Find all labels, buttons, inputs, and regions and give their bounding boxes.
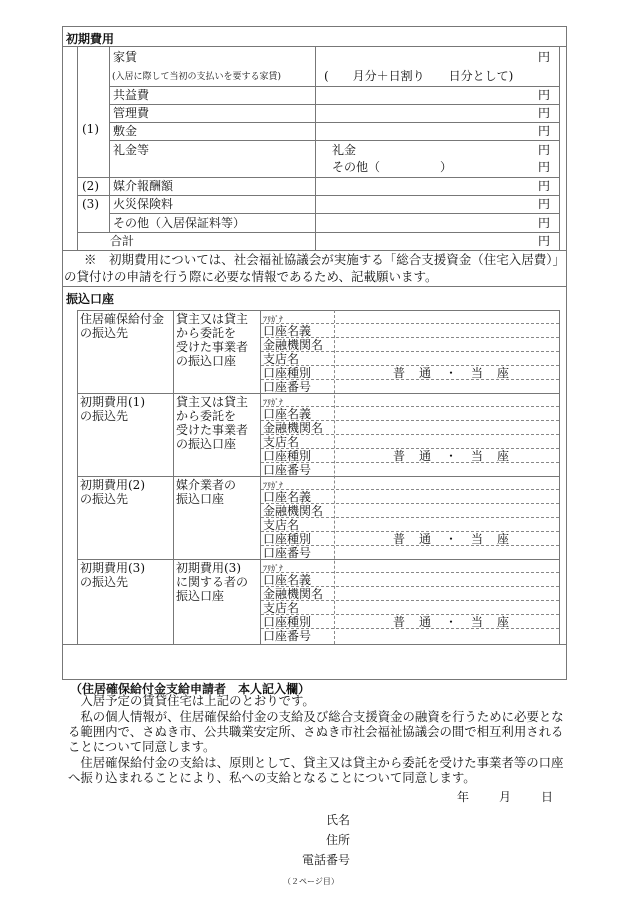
unit-yen: 円 (532, 106, 550, 120)
holder-label-landlord: 貸主又は貸主 から委託を 受けた事業者 の振込口座 (176, 395, 248, 451)
field-label-account-type: 口座種別 (263, 532, 311, 546)
row-label-common-fee: 共益費 (113, 88, 149, 102)
field-label-bank-name: 金融機関名 (263, 421, 323, 435)
unit-yen: 円 (532, 50, 550, 64)
common-fee-field[interactable] (316, 87, 528, 103)
unit-yen: 円 (532, 234, 550, 248)
row-sublabel-rent: (入居に際して当初の支払いを要する家賃) (112, 70, 281, 84)
divider (260, 310, 261, 644)
name-field[interactable] (356, 808, 556, 826)
group-label-3: (3) (82, 197, 99, 211)
holder-label-cost3-party: 初期費用(3) に関する者の 振込口座 (176, 561, 248, 603)
row-label-other-costs: その他（入居保証料等） (113, 216, 245, 230)
divider (62, 644, 567, 645)
date-field[interactable]: 年 月 日 (457, 788, 555, 805)
field-label-account-number: 口座番号 (263, 380, 311, 394)
unit-yen: 円 (532, 160, 550, 174)
divider (62, 286, 567, 287)
unit-yen: 円 (532, 88, 550, 102)
field-label-bank-name: 金融機関名 (263, 504, 323, 518)
field-label-branch-name: 支店名 (263, 518, 299, 532)
field-label-bank-name: 金融機関名 (263, 338, 323, 352)
row-label-deposit: 敷金 (113, 124, 137, 138)
divider (334, 310, 335, 644)
divider (173, 310, 174, 644)
destination-label-housing-benefit: 住居確保給付金 の振込先 (80, 312, 164, 340)
group-label-1: (1) (82, 122, 99, 136)
field-label-account-type: 口座種別 (263, 615, 311, 629)
row-label-total: 合計 (110, 234, 134, 248)
row-label-brokerage: 媒介報酬額 (113, 179, 173, 193)
unit-yen: 円 (532, 216, 550, 230)
account-input-area-initial-cost-2[interactable] (336, 477, 558, 559)
brokerage-field[interactable] (316, 178, 528, 194)
declaration-paragraph-2: 私の個人情報が、住居確保給付金の支給及び総合支援資金の融資を行うために必要となる… (68, 709, 568, 754)
field-label-account-name: 口座名義 (263, 573, 311, 587)
declaration-paragraph-1: 入居予定の賃貸住宅は上記のとおりです。 (68, 693, 568, 708)
account-input-area-initial-cost-3[interactable] (336, 560, 558, 643)
field-label-account-name: 口座名義 (263, 490, 311, 504)
rent-amount-field[interactable] (316, 47, 528, 66)
destination-label-initial-cost-2: 初期費用(2) の振込先 (80, 478, 145, 506)
fire-insurance-field[interactable] (316, 196, 528, 212)
key-money-field[interactable] (370, 141, 528, 157)
address-field[interactable] (356, 828, 556, 846)
field-label-branch-name: 支店名 (263, 352, 299, 366)
key-money-label: 礼金 (332, 143, 356, 157)
field-label-account-name: 口座名義 (263, 407, 311, 421)
row-label-management-fee: 管理費 (113, 106, 149, 120)
key-money-other-field[interactable] (470, 158, 528, 174)
phone-label: 電話番号 (290, 851, 350, 868)
declaration-paragraph-3: 住居確保給付金の支給は、原則として、貸主又は貸主から委託を受けた事業者等の口座へ… (68, 755, 568, 785)
destination-label-initial-cost-3: 初期費用(3) の振込先 (80, 561, 145, 589)
holder-label-landlord: 貸主又は貸主 から委託を 受けた事業者 の振込口座 (176, 312, 248, 368)
address-label: 住所 (322, 831, 350, 848)
section-title-transfer-accounts: 振込口座 (66, 290, 114, 307)
deposit-field[interactable] (316, 123, 528, 139)
account-input-area-housing-benefit[interactable] (336, 311, 558, 393)
account-input-area-initial-cost-1[interactable] (336, 394, 558, 476)
other-costs-field[interactable] (316, 214, 528, 231)
field-label-bank-name: 金融機関名 (263, 587, 323, 601)
divider (559, 46, 560, 250)
field-label-account-number: 口座番号 (263, 629, 311, 643)
unit-yen: 円 (532, 143, 550, 157)
key-money-other-label: その他（ ） (332, 160, 452, 174)
row-label-key-money: 礼金等 (113, 143, 149, 157)
rent-period-note: ( 月分＋日割り 日分として) (324, 69, 548, 83)
unit-yen: 円 (532, 197, 550, 211)
row-label-rent: 家賃 (113, 50, 137, 64)
holder-label-broker: 媒介業者の 振込口座 (176, 478, 236, 506)
row-label-fire-insurance: 火災保険料 (113, 197, 173, 211)
initial-costs-note: ※ 初期費用については、社会福祉協議会が実施する「総合支援資金（住宅入居費）」の… (64, 251, 564, 285)
unit-yen: 円 (532, 124, 550, 138)
field-label-branch-name: 支店名 (263, 435, 299, 449)
field-label-account-type: 口座種別 (263, 366, 311, 380)
section-title-initial-costs: 初期費用 (66, 30, 114, 47)
management-fee-field[interactable] (316, 105, 528, 121)
divider (77, 46, 78, 250)
field-label-branch-name: 支店名 (263, 601, 299, 615)
divider (109, 46, 110, 232)
field-label-account-number: 口座番号 (263, 546, 311, 560)
unit-yen: 円 (532, 179, 550, 193)
phone-field[interactable] (356, 848, 556, 866)
total-field[interactable] (316, 233, 528, 249)
divider (77, 310, 78, 644)
divider (559, 310, 560, 644)
field-label-account-name: 口座名義 (263, 324, 311, 338)
name-label: 氏名 (322, 811, 350, 828)
group-label-2: (2) (82, 179, 99, 193)
destination-label-initial-cost-1: 初期費用(1) の振込先 (80, 395, 145, 423)
page-number: （２ページ目） (283, 876, 339, 887)
field-label-account-number: 口座番号 (263, 463, 311, 477)
field-label-account-type: 口座種別 (263, 449, 311, 463)
